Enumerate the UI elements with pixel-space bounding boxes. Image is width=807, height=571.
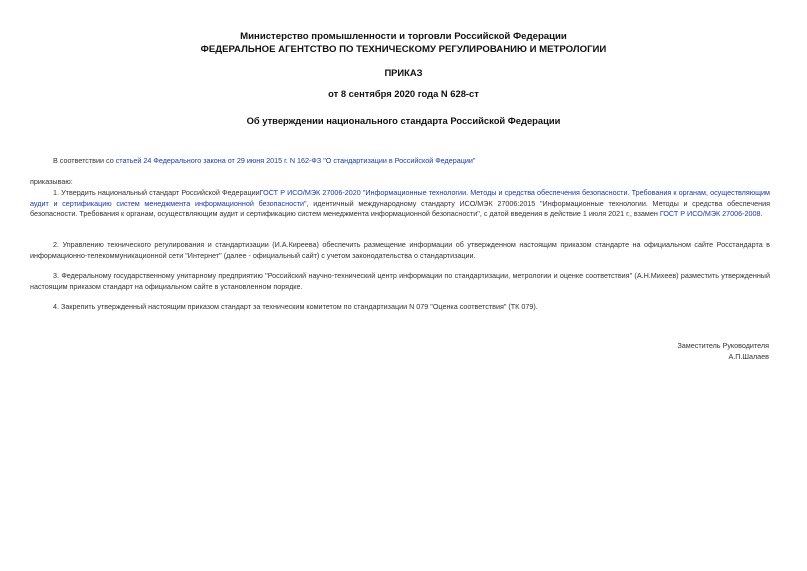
document-type: ПРИКАЗ	[0, 67, 807, 78]
order-word: приказываю:	[30, 177, 780, 188]
ministry-name: Министерство промышленности и торговли Р…	[0, 31, 807, 42]
paragraph-1: 1. Утвердить национальный стандарт Росси…	[30, 188, 770, 220]
document-date-number: от 8 сентября 2020 года N 628-ст	[0, 88, 807, 99]
paragraph-4: 4. Закрепить утвержденный настоящим прик…	[30, 302, 770, 313]
paragraph-1-prefix: 1. Утвердить национальный стандарт Росси…	[53, 188, 260, 197]
agency-name: ФЕДЕРАЛЬНОЕ АГЕНТСТВО ПО ТЕХНИЧЕСКОМУ РЕ…	[0, 44, 807, 55]
paragraph-1-suffix: .	[761, 209, 763, 218]
federal-law-link[interactable]: статьей 24 Федерального закона от 29 июн…	[116, 156, 476, 165]
signatory-name: А.П.Шалаев	[728, 352, 769, 361]
gost-2008-link[interactable]: ГОСТ Р ИСО/МЭК 27006-2008	[660, 209, 761, 218]
document-page: Министерство промышленности и торговли Р…	[0, 0, 807, 571]
document-title: Об утверждении национального стандарта Р…	[0, 115, 807, 126]
signatory-position: Заместитель Руководителя	[677, 341, 769, 350]
intro-paragraph: В соответствии со статьей 24 Федеральног…	[30, 156, 780, 167]
paragraph-2: 2. Управлению технического регулирования…	[30, 240, 770, 261]
paragraph-3: 3. Федеральному государственному унитарн…	[30, 271, 770, 292]
intro-prefix: В соответствии со	[53, 156, 116, 165]
